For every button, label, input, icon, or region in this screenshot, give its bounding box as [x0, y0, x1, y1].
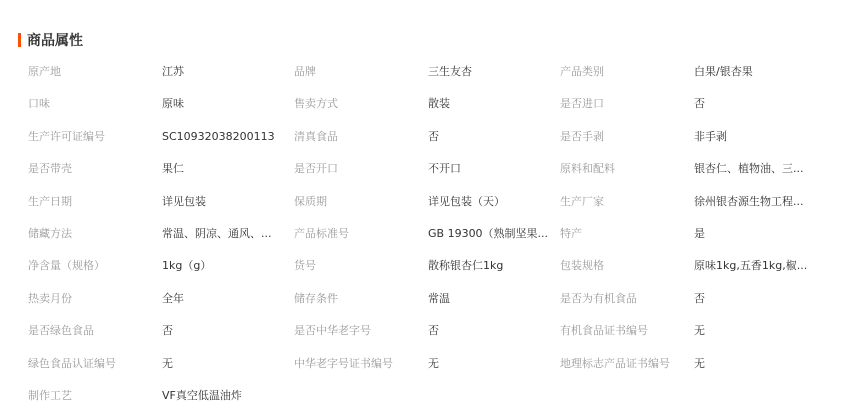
attribute-label: 储存条件 [294, 289, 424, 309]
attribute-value: 无 [162, 354, 288, 374]
attribute-label: 清真食品 [294, 127, 424, 147]
attribute-label: 生产日期 [28, 192, 158, 212]
attribute-label: 有机食品证书编号 [560, 321, 690, 341]
attribute-value: 否 [694, 289, 820, 309]
attribute-value: 徐州银杏源生物工程... [694, 192, 820, 212]
attribute-label: 是否为有机食品 [560, 289, 690, 309]
attribute-label: 是否带壳 [28, 159, 158, 179]
attribute-label: 净含量（规格） [28, 256, 158, 276]
attribute-label: 地理标志产品证书编号 [560, 354, 690, 374]
attribute-value: 无 [694, 354, 820, 374]
attribute-label: 是否开口 [294, 159, 424, 179]
attribute-value: 常温 [428, 289, 554, 309]
attribute-label: 包装规格 [560, 256, 690, 276]
attribute-label: 绿色食品认证编号 [28, 354, 158, 374]
attribute-value: 全年 [162, 289, 288, 309]
attribute-value: 详见包装（天） [428, 192, 554, 212]
attribute-value: 散称银杏仁1kg [428, 256, 554, 276]
attribute-label: 热卖月份 [28, 289, 158, 309]
attribute-label: 生产厂家 [560, 192, 690, 212]
attribute-row: 净含量（规格）1kg（g）货号散称银杏仁1kg包装规格原味1kg,五香1kg,椒… [0, 256, 849, 276]
attribute-value: 1kg（g） [162, 256, 288, 276]
attribute-value: 非手剥 [694, 127, 820, 147]
attribute-label: 保质期 [294, 192, 424, 212]
attribute-row: 口味原味售卖方式散装是否进口否 [0, 94, 849, 114]
attribute-row: 热卖月份全年储存条件常温是否为有机食品否 [0, 289, 849, 309]
attribute-label: 原产地 [28, 62, 158, 82]
attribute-label: 特产 [560, 224, 690, 244]
attribute-value: 不开口 [428, 159, 554, 179]
attribute-value: 无 [694, 321, 820, 341]
attribute-label: 是否绿色食品 [28, 321, 158, 341]
attribute-label: 是否中华老字号 [294, 321, 424, 341]
attribute-row: 原产地江苏品牌三生友杏产品类别白果/银杏果 [0, 62, 849, 82]
attribute-label: 货号 [294, 256, 424, 276]
attribute-value: 原味1kg,五香1kg,椒... [694, 256, 820, 276]
attribute-label: 生产许可证编号 [28, 127, 158, 147]
attribute-value: 否 [162, 321, 288, 341]
attribute-value: 白果/银杏果 [694, 62, 820, 82]
attribute-value: 否 [428, 127, 554, 147]
attribute-value: 否 [694, 94, 820, 114]
attribute-row: 是否带壳果仁是否开口不开口原料和配料银杏仁、植物油、三... [0, 159, 849, 179]
attribute-value: GB 19300（熟制坚果... [428, 224, 554, 244]
attribute-label: 产品标准号 [294, 224, 424, 244]
attribute-value: 三生友杏 [428, 62, 554, 82]
section-header: 商品属性 [18, 31, 83, 49]
attribute-value: 原味 [162, 94, 288, 114]
attribute-value: 银杏仁、植物油、三... [694, 159, 820, 179]
section-title: 商品属性 [27, 30, 83, 50]
attribute-label: 储藏方法 [28, 224, 158, 244]
attribute-value: 否 [428, 321, 554, 341]
attribute-label: 品牌 [294, 62, 424, 82]
attribute-row: 绿色食品认证编号无中华老字号证书编号无地理标志产品证书编号无 [0, 354, 849, 374]
attribute-value: VF真空低温油炸 [162, 386, 288, 406]
attribute-row: 是否绿色食品否是否中华老字号否有机食品证书编号无 [0, 321, 849, 341]
attribute-label: 制作工艺 [28, 386, 158, 406]
attribute-label: 售卖方式 [294, 94, 424, 114]
attribute-label: 口味 [28, 94, 158, 114]
attribute-row: 生产日期详见包装保质期详见包装（天）生产厂家徐州银杏源生物工程... [0, 192, 849, 212]
attribute-value: 散装 [428, 94, 554, 114]
attribute-label: 原料和配料 [560, 159, 690, 179]
attribute-value: 无 [428, 354, 554, 374]
attribute-label: 中华老字号证书编号 [294, 354, 424, 374]
attribute-value: 详见包装 [162, 192, 288, 212]
attribute-label: 是否手剥 [560, 127, 690, 147]
attribute-row: 生产许可证编号SC10932038200113清真食品否是否手剥非手剥 [0, 127, 849, 147]
attribute-value: SC10932038200113 [162, 127, 288, 147]
accent-bar [18, 33, 21, 47]
attribute-value: 常温、阴凉、通风、... [162, 224, 288, 244]
attribute-value: 果仁 [162, 159, 288, 179]
attribute-label: 产品类别 [560, 62, 690, 82]
attribute-label: 是否进口 [560, 94, 690, 114]
attribute-value: 是 [694, 224, 820, 244]
attribute-row: 制作工艺VF真空低温油炸 [0, 386, 849, 406]
attribute-value: 江苏 [162, 62, 288, 82]
attribute-row: 储藏方法常温、阴凉、通风、...产品标准号GB 19300（熟制坚果...特产是 [0, 224, 849, 244]
